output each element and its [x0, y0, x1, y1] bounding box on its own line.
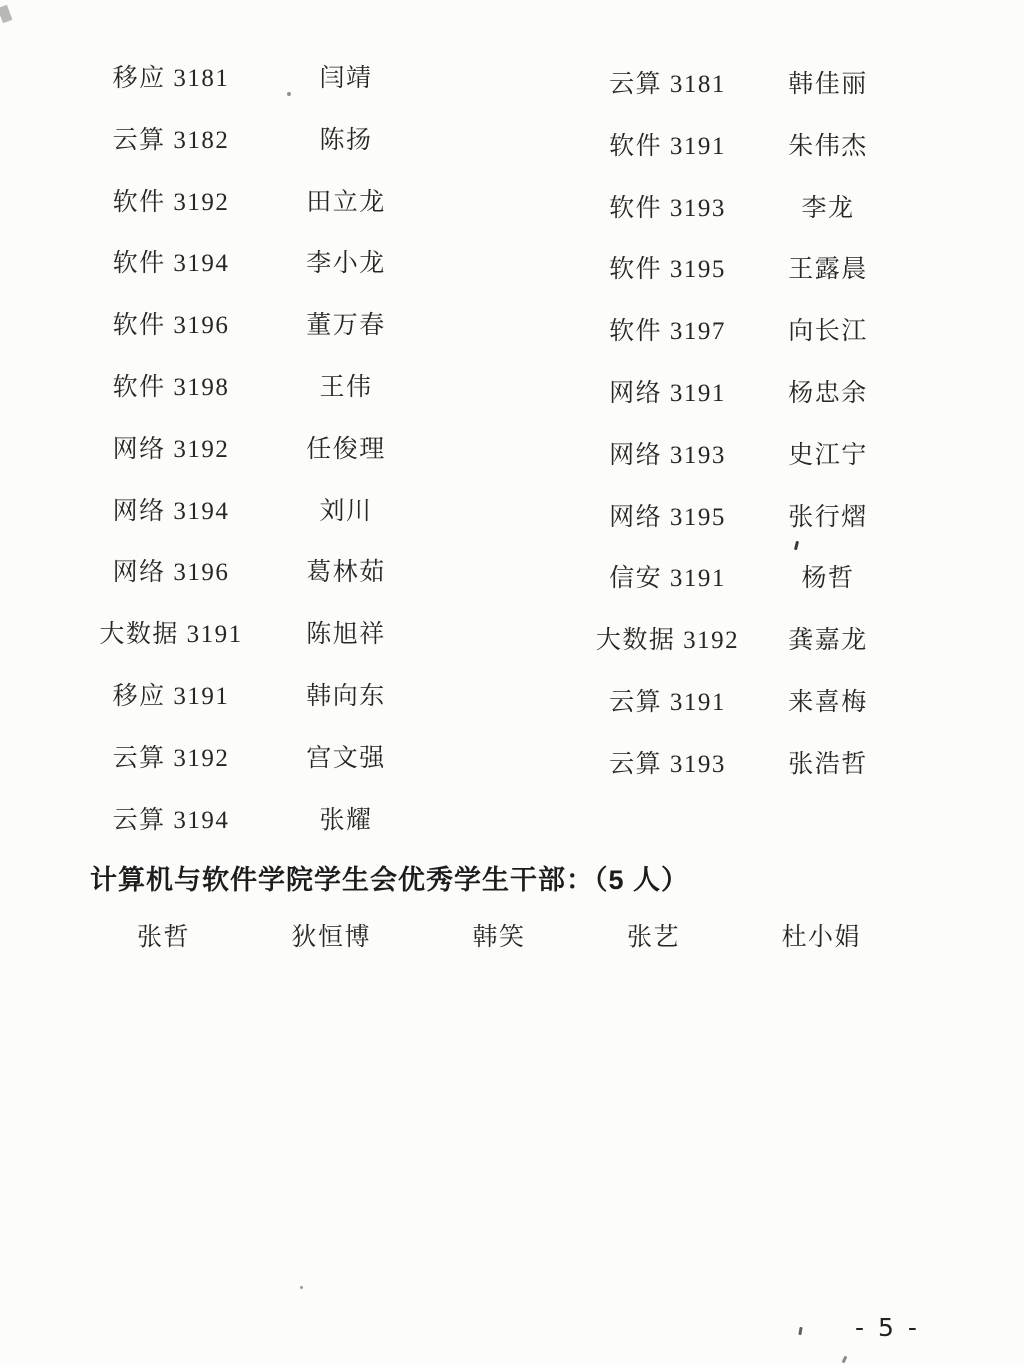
student-name: 刘川: [265, 498, 427, 526]
roster-row: 软件 3198 王伟: [95, 374, 427, 436]
class-label: 移应 3191: [95, 683, 247, 711]
roster-row: 网络 3196 葛林茹: [95, 559, 427, 621]
class-label: 网络 3194: [95, 498, 247, 526]
roster-row: 移应 3181 闫靖: [95, 65, 427, 127]
roster-column-right: 云算 3181 韩佳丽 软件 3191 朱伟杰 软件 3193 李龙 软件 31…: [585, 71, 894, 813]
class-label: 云算 3191: [585, 689, 750, 717]
student-name: 闫靖: [265, 65, 427, 93]
roster-row: 云算 3193 张浩哲: [585, 751, 894, 813]
student-name: 董万春: [265, 312, 427, 340]
student-name: 王伟: [265, 374, 427, 402]
roster-row: 云算 3191 来喜梅: [585, 689, 894, 751]
roster-row: 移应 3191 韩向东: [95, 683, 427, 745]
cadre-names-row: 张哲 狄恒博 韩笑 张艺 杜小娟: [137, 924, 861, 952]
student-name: 龚嘉龙: [762, 627, 894, 655]
student-name: 杨哲: [762, 565, 894, 593]
roster-row: 云算 3182 陈扬: [95, 127, 427, 189]
cadre-name: 狄恒博: [291, 924, 371, 952]
class-label: 云算 3193: [585, 751, 750, 779]
class-label: 软件 3198: [95, 374, 247, 402]
class-label: 网络 3195: [585, 504, 750, 532]
cadre-name: 韩笑: [472, 924, 525, 952]
student-name: 来喜梅: [762, 689, 894, 717]
section-heading: 计算机与软件学院学生会优秀学生干部：（5 人）: [90, 858, 689, 897]
roster-row: 网络 3194 刘川: [95, 498, 427, 560]
roster-row: 大数据 3191 陈旭祥: [95, 621, 427, 683]
roster-column-left: 移应 3181 闫靖 云算 3182 陈扬 软件 3192 田立龙 软件 319…: [95, 65, 427, 868]
class-label: 信安 3191: [585, 565, 750, 593]
class-label: 大数据 3192: [585, 627, 750, 655]
class-label: 软件 3196: [95, 312, 247, 340]
student-name: 张浩哲: [762, 751, 894, 779]
student-name: 田立龙: [265, 189, 427, 217]
student-name: 杨忠余: [762, 380, 894, 408]
cadre-name: 张艺: [627, 924, 680, 952]
roster-row: 云算 3192 宫文强: [95, 745, 427, 807]
class-label: 大数据 3191: [95, 621, 247, 649]
page-number: - 5 -: [855, 1313, 920, 1342]
class-label: 网络 3191: [585, 380, 750, 408]
class-label: 云算 3181: [585, 71, 750, 99]
roster-row: 网络 3191 杨忠余: [585, 380, 894, 442]
student-name: 李龙: [762, 195, 894, 223]
roster-row: 大数据 3192 龚嘉龙: [585, 627, 894, 689]
student-name: 韩佳丽: [762, 71, 894, 99]
student-name: 朱伟杰: [762, 133, 894, 161]
student-name: 韩向东: [265, 683, 427, 711]
scanned-document-page: 移应 3181 闫靖 云算 3182 陈扬 软件 3192 田立龙 软件 319…: [0, 0, 1024, 1365]
roster-row: 软件 3195 王露晨: [585, 256, 894, 318]
class-label: 网络 3193: [585, 442, 750, 470]
class-label: 软件 3192: [95, 189, 247, 217]
student-name: 任俊理: [265, 436, 427, 464]
roster-row: 软件 3193 李龙: [585, 195, 894, 257]
class-label: 云算 3194: [95, 807, 247, 835]
student-name: 葛林茹: [265, 559, 427, 587]
student-name: 宫文强: [265, 745, 427, 773]
cadre-name: 杜小娟: [781, 924, 861, 952]
class-label: 软件 3195: [585, 256, 750, 284]
roster-row: 软件 3194 李小龙: [95, 250, 427, 312]
roster-row: 云算 3181 韩佳丽: [585, 71, 894, 133]
student-name: 王露晨: [762, 256, 894, 284]
scan-artifact: [300, 1286, 303, 1289]
roster-row: 网络 3192 任俊理: [95, 436, 427, 498]
student-name: 陈旭祥: [265, 621, 427, 649]
roster-row: 软件 3192 田立龙: [95, 189, 427, 251]
class-label: 软件 3193: [585, 195, 750, 223]
student-name: 陈扬: [265, 127, 427, 155]
roster-row: 软件 3191 朱伟杰: [585, 133, 894, 195]
scan-artifact: [0, 5, 12, 23]
roster-row: 软件 3196 董万春: [95, 312, 427, 374]
scan-artifact: [798, 1327, 802, 1335]
class-label: 软件 3197: [585, 318, 750, 346]
roster-row: 网络 3193 史江宁: [585, 442, 894, 504]
student-name: 向长江: [762, 318, 894, 346]
class-label: 网络 3196: [95, 559, 247, 587]
scan-artifact: [842, 1356, 848, 1364]
roster-row: 网络 3195 张行熠: [585, 504, 894, 566]
class-label: 网络 3192: [95, 436, 247, 464]
scan-artifact: [287, 92, 291, 96]
class-label: 云算 3192: [95, 745, 247, 773]
student-name: 张行熠: [762, 504, 894, 532]
class-label: 云算 3182: [95, 127, 247, 155]
student-name: 张耀: [265, 807, 427, 835]
class-label: 移应 3181: [95, 65, 247, 93]
class-label: 软件 3194: [95, 250, 247, 278]
class-label: 软件 3191: [585, 133, 750, 161]
roster-row: 信安 3191 杨哲: [585, 565, 894, 627]
student-name: 李小龙: [265, 250, 427, 278]
roster-row: 软件 3197 向长江: [585, 318, 894, 380]
cadre-name: 张哲: [137, 924, 190, 952]
student-name: 史江宁: [762, 442, 894, 470]
